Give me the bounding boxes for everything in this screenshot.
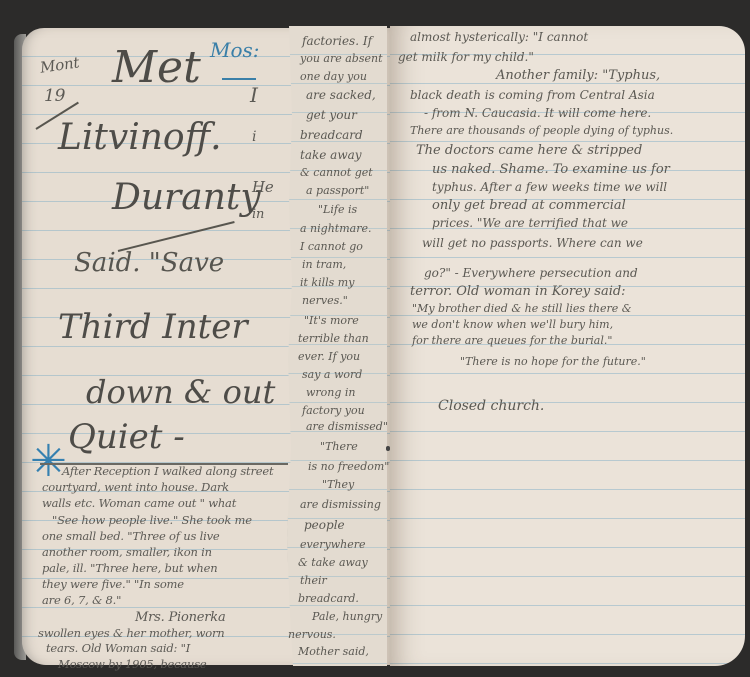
strip-line: ever. If you	[298, 350, 360, 363]
right-line: will get no passports. Where can we	[422, 236, 643, 250]
strip-line: Mother said,	[298, 645, 369, 658]
date-day: 19	[44, 88, 65, 105]
right-line: prices. "We are terrified that we	[432, 216, 628, 230]
right-line: black death is coming from Central Asia	[410, 88, 655, 102]
strip-line: I cannot go	[300, 240, 363, 253]
strip-line: breadcard	[300, 128, 363, 142]
strip-line: nerves."	[302, 294, 348, 307]
right-line: "There is no hope for the future."	[460, 355, 646, 368]
right-line: Another family: "Typhus,	[496, 68, 660, 83]
margin-fragment: i	[252, 130, 256, 144]
right-line: typhus. After a few weeks time we will	[432, 180, 667, 194]
heading-duranty: Duranty	[112, 180, 261, 216]
right-line: go?" - Everywhere persecution and	[424, 266, 638, 280]
blue-note: Mos:	[210, 40, 260, 60]
said-save: Said. "Save	[74, 250, 224, 276]
paragraph-line: are 6, 7, & 8."	[42, 595, 121, 607]
strip-line: one day you	[300, 70, 367, 83]
right-line: us naked. Shame. To examine us for	[432, 162, 670, 177]
strip-line: "Life is	[318, 203, 357, 216]
strip-line: Pale, hungry	[312, 610, 382, 623]
strip-line: "There	[320, 440, 358, 453]
right-line: almost hysterically: "I cannot	[410, 30, 588, 44]
blue-underline	[222, 78, 256, 80]
margin-fragment: in	[252, 208, 264, 221]
paragraph-line: another room, smaller, ikon in	[42, 547, 212, 559]
strip-line: people	[304, 518, 345, 532]
paragraph-line: After Reception I walked along street	[62, 466, 273, 478]
paragraph-line: one small bed. "Three of us live	[42, 531, 220, 543]
right-line: Closed church.	[438, 398, 544, 414]
paragraph-line: pale, ill. "Three here, but when	[42, 563, 217, 575]
right-line: terror. Old woman in Korey said:	[410, 284, 626, 299]
heading-quiet: Quiet -	[68, 420, 185, 454]
strip-line: & cannot get	[300, 166, 373, 179]
heading-third-inter: Third Inter	[58, 310, 248, 344]
strip-line: are sacked,	[306, 88, 376, 102]
heading-down-and-out: down & out	[86, 376, 275, 408]
margin-fragment: He	[252, 180, 274, 195]
paragraph-line: tears. Old Woman said: "I	[46, 643, 190, 655]
strip-line: are dismissing	[300, 498, 381, 511]
right-line: The doctors came here & stripped	[416, 143, 642, 158]
heading-litvinoff: Litvinoff.	[58, 120, 222, 156]
strip-line: "It's more	[304, 314, 359, 327]
strip-line: nervous.	[288, 628, 336, 641]
strip-line: a nightmare.	[300, 222, 371, 235]
strip-line: take away	[300, 148, 362, 162]
strip-line: terrible than	[298, 332, 369, 345]
paragraph-line: walls etc. Woman came out " what	[42, 498, 236, 510]
paragraph-line: Mrs. Pionerka	[135, 611, 226, 624]
paragraph-line: swollen eyes & her mother, worn	[38, 628, 225, 640]
strip-line: get your	[306, 108, 357, 122]
right-line: only get bread at commercial	[432, 198, 626, 213]
right-line: "My brother died & he still lies there &	[412, 302, 632, 315]
strip-line: in tram,	[302, 258, 346, 271]
paragraph-line: Moscow by 1905, because	[58, 659, 207, 671]
strip-line: it kills my	[300, 276, 354, 289]
strip-line: are dismissed"	[306, 420, 388, 433]
strip-line: say a word	[302, 368, 362, 381]
strip-line: breadcard.	[298, 592, 359, 605]
strip-line: is no freedom"	[308, 460, 389, 473]
paragraph-line: they were five." "In some	[42, 579, 184, 591]
strip-line: their	[300, 574, 327, 587]
right-line: There are thousands of people dying of t…	[410, 124, 673, 137]
strip-line: & take away	[298, 556, 368, 569]
right-line: for there are queues for the burial."	[412, 334, 612, 347]
strip-line: a passport"	[306, 184, 369, 197]
right-line: get milk for my child."	[398, 50, 534, 64]
right-line: we don't know when we'll bury him,	[412, 318, 613, 331]
right-line: - from N. Caucasia. It will come here.	[424, 106, 651, 120]
paragraph-line: "See how people live." She took me	[52, 515, 252, 527]
strip-line: "They	[322, 478, 354, 491]
paragraph-line: courtyard, went into house. Dark	[42, 482, 229, 494]
strip-line: factory you	[302, 404, 365, 417]
inserted-paper-strip	[287, 26, 387, 666]
heading-met: Met	[112, 46, 201, 90]
margin-fragment: I	[250, 85, 258, 105]
spine-mark	[386, 446, 390, 451]
strip-line: you are absent	[300, 52, 383, 65]
strip-line: everywhere	[300, 538, 365, 551]
strip-line: wrong in	[306, 386, 356, 399]
strip-line: factories. If	[302, 34, 372, 48]
